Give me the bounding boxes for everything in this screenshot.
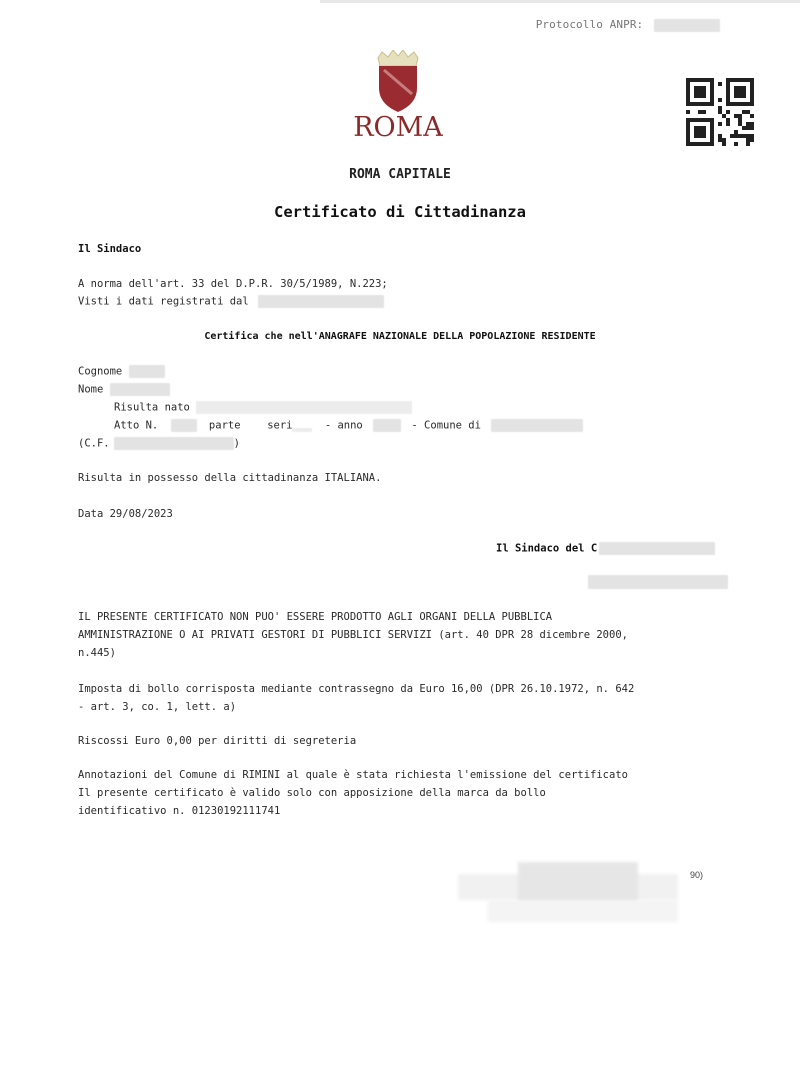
issue-date: Data 29/08/2023: [78, 508, 173, 520]
certifies-heading: Certifica che nell'ANAGRAFE NAZIONALE DE…: [0, 331, 800, 342]
redacted-date: [258, 295, 384, 308]
qr-code-icon: [686, 78, 754, 146]
field-cf: (C.F.): [78, 437, 240, 450]
redacted-birthplace: [196, 401, 412, 414]
anno-label: - anno: [325, 420, 363, 432]
redacted-year: [373, 419, 401, 432]
signature-line: Il Sindaco del C: [496, 542, 715, 555]
document-title: Certificato di Cittadinanza: [0, 203, 800, 221]
parte-label: parte: [209, 420, 241, 432]
protocol-anpr: Protocollo ANPR:: [536, 18, 720, 32]
coat-of-arms-icon: [346, 50, 450, 112]
qr-code: [686, 78, 754, 146]
signature-label: Il Sindaco del C: [496, 543, 597, 555]
stamp-fragment: 90): [690, 870, 703, 880]
protocol-label: Protocollo ANPR:: [536, 18, 644, 31]
notice-line-2: AMMINISTRAZIONE O AI PRIVATI GESTORI DI …: [78, 629, 628, 641]
citizenship-statement: Risulta in possesso della cittadinanza I…: [78, 472, 381, 484]
redacted-digital-stamp: 90): [458, 858, 694, 926]
annotation-line-1: Annotazioni del Comune di RIMINI al qual…: [78, 769, 628, 781]
redacted-name: [110, 383, 170, 396]
norm-reference: A norma dell'art. 33 del D.P.R. 30/5/198…: [78, 278, 388, 290]
cf-label: (C.F.: [78, 438, 110, 450]
fees-line: Riscossi Euro 0,00 per diritti di segret…: [78, 735, 356, 747]
data-registered-label: Visti i dati registrati dal: [78, 296, 249, 308]
issuer: Il Sindaco: [78, 243, 141, 255]
roma-logo: ROMA: [346, 50, 450, 146]
birth-label: Risulta nato: [114, 402, 190, 414]
data-registered-line: Visti i dati registrati dal: [78, 295, 384, 308]
notice-line-1: IL PRESENTE CERTIFICATO NON PUO' ESSERE …: [78, 611, 552, 623]
logo-text: ROMA: [346, 112, 450, 143]
annotation-line-3: identificativo n. 01230192111741: [78, 805, 280, 817]
redacted-atto-number: [171, 419, 197, 432]
redacted-serie: [292, 428, 312, 432]
field-atto: Atto N. parte seri - anno - Comune di: [114, 419, 583, 432]
redacted-signatory-name: [588, 571, 728, 590]
field-nome: Nome: [78, 383, 170, 396]
entity-title: ROMA CAPITALE: [0, 167, 800, 182]
cognome-label: Cognome: [78, 366, 122, 378]
annotation-line-2: Il presente certificato è valido solo co…: [78, 787, 546, 799]
redacted-protocol-number: [654, 19, 720, 32]
serie-label: seri: [267, 420, 292, 432]
cf-close: ): [234, 438, 240, 450]
redacted-cf: [114, 437, 234, 450]
field-birth: Risulta nato: [114, 401, 412, 414]
nome-label: Nome: [78, 384, 103, 396]
field-cognome: Cognome: [78, 365, 165, 378]
redacted-surname: [129, 365, 165, 378]
stamp-duty-line-1: Imposta di bollo corrisposta mediante co…: [78, 683, 634, 695]
top-edge: [320, 0, 800, 3]
notice-line-3: n.445): [78, 647, 116, 659]
redacted-signatory-comune: [599, 542, 715, 555]
atto-label: Atto N.: [114, 420, 158, 432]
comune-label: - Comune di: [411, 420, 481, 432]
redacted-comune: [491, 419, 583, 432]
stamp-duty-line-2: - art. 3, co. 1, lett. a): [78, 701, 236, 713]
